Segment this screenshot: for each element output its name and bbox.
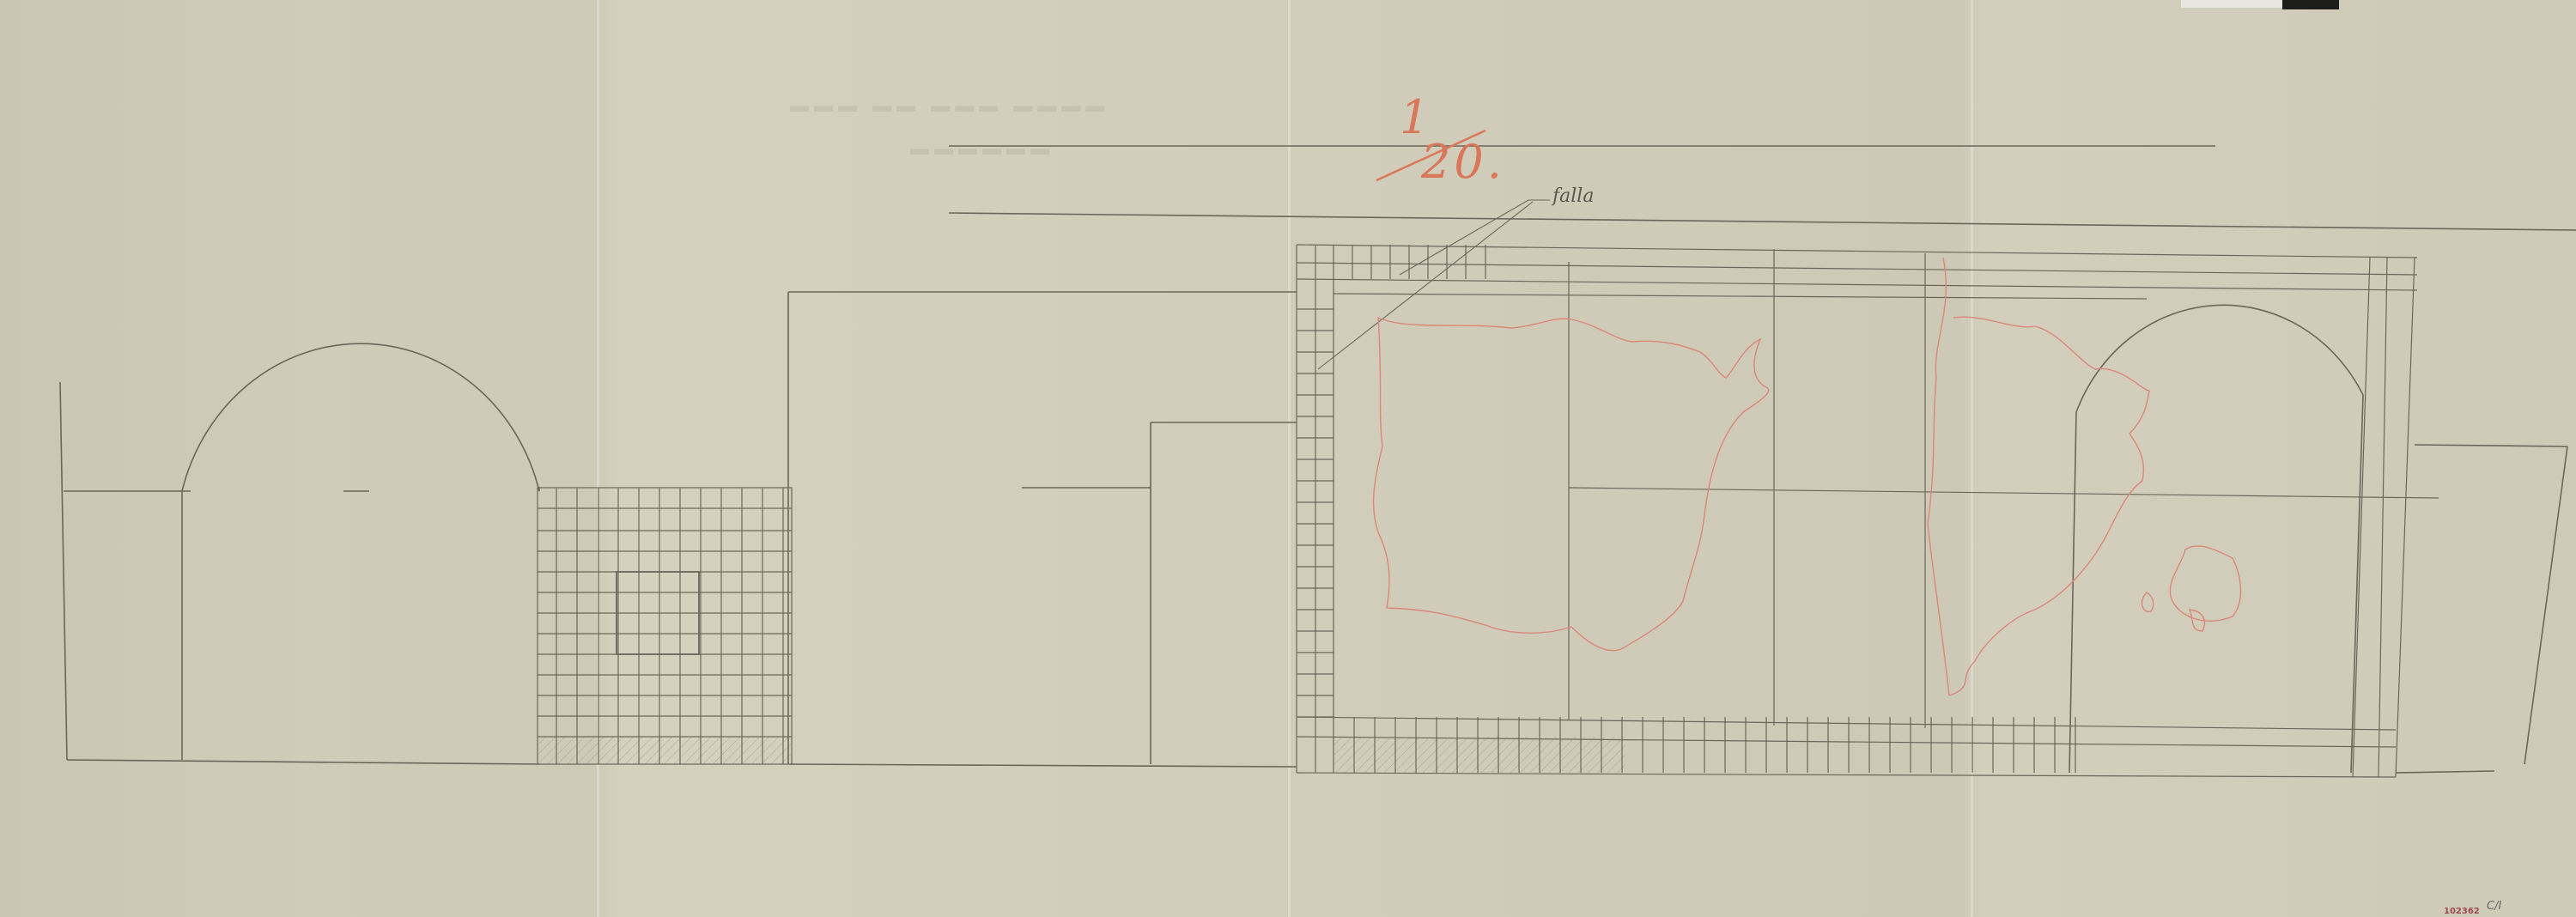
- iberia-map-outline: [1374, 258, 2241, 695]
- drawing-sheet: ▬▬▬ ▬▬ ▬▬▬ ▬▬▬▬ ▬▬▬▬▬▬: [0, 0, 2576, 917]
- falla-leader-line: [1318, 200, 1550, 369]
- drawing-linework: [0, 0, 2576, 917]
- catalog-mark: C/I: [2487, 900, 2501, 913]
- main-tile-frame: [1297, 245, 2439, 777]
- scale-denominator: 20.: [1421, 139, 1505, 185]
- archive-stamp-number: 102362: [2444, 907, 2480, 916]
- middle-wall-outline: [788, 146, 2576, 767]
- left-tile-panel: [538, 488, 792, 764]
- right-arch: [2069, 305, 2567, 773]
- left-arch: [60, 343, 539, 764]
- falla-label: falla: [1552, 185, 1594, 207]
